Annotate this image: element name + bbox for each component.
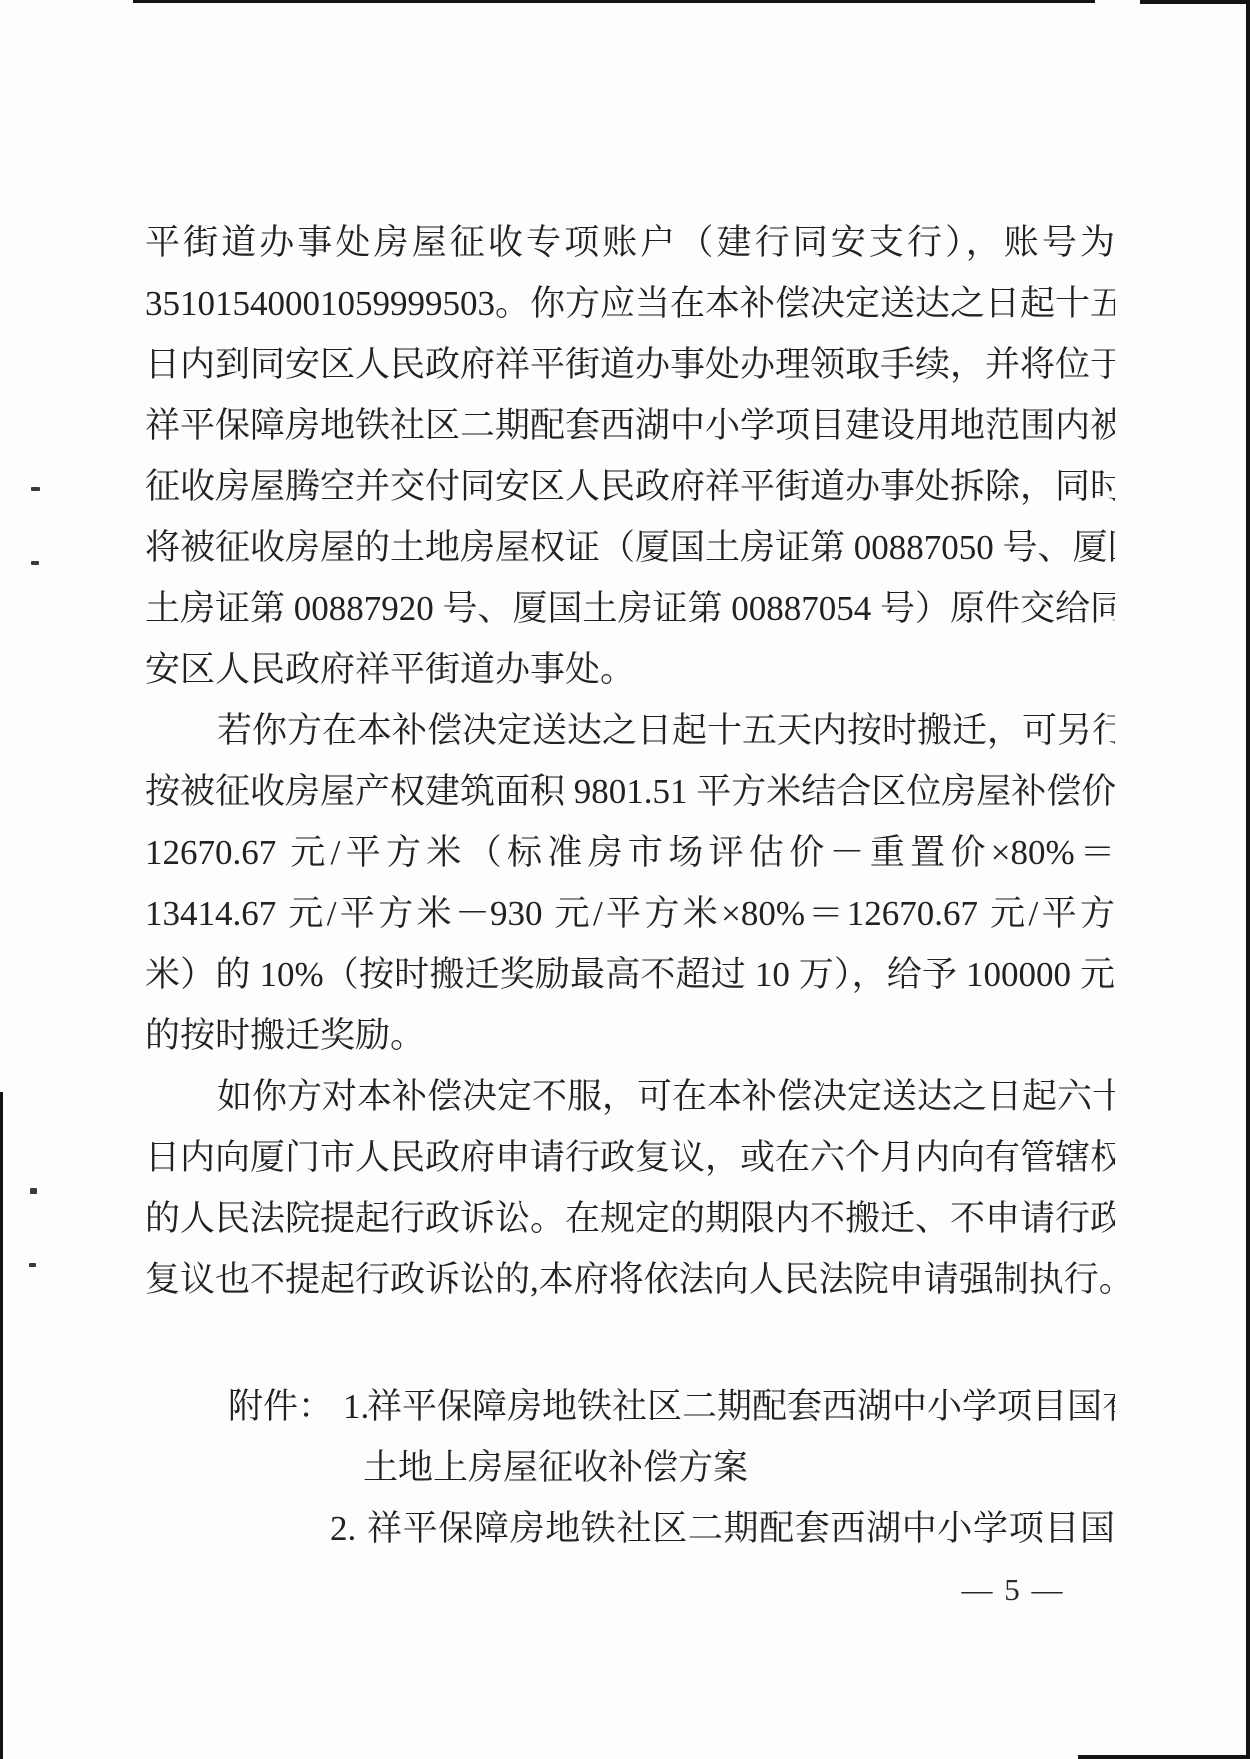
body-line: 的按时搬迁奖励。 (145, 1005, 1115, 1066)
body-line: 平街道办事处房屋征收专项账户（建行同安支行），账号为 (145, 212, 1115, 273)
scan-edge-top-right-segment (1140, 0, 1250, 4)
document-body: 平街道办事处房屋征收专项账户（建行同安支行），账号为 3510154000105… (145, 212, 1115, 1310)
attachment-section: 附件： 1. 祥平保障房地铁社区二期配套西湖中小学项目国有 土地上房屋征收补偿方… (145, 1376, 1115, 1559)
body-line: 12670.67 元/平方米（标准房市场评估价－重置价×80%＝ (145, 822, 1115, 883)
scan-speck (31, 561, 39, 565)
scan-speck (29, 1263, 36, 1267)
page-number: — 5 — (948, 1568, 1078, 1612)
body-line: 若你方在本补偿决定送达之日起十五天内按时搬迁，可另行 (145, 700, 1115, 761)
body-line: 征收房屋腾空并交付同安区人民政府祥平街道办事处拆除，同时 (145, 456, 1115, 517)
scan-edge-left (0, 1092, 3, 1759)
scan-speck (31, 487, 40, 491)
scan-edge-right (1246, 0, 1250, 1759)
attachment-item-1-number: 1. (343, 1376, 369, 1437)
scan-edge-bottom (1078, 1755, 1250, 1759)
body-line: 祥平保障房地铁社区二期配套西湖中小学项目建设用地范围内被 (145, 395, 1115, 456)
scanned-document-page: 平街道办事处房屋征收专项账户（建行同安支行），账号为 3510154000105… (0, 0, 1250, 1759)
attachment-label: 附件： (228, 1376, 333, 1437)
attachment-item-2-text: 祥平保障房地铁社区二期配套西湖中小学项目国 (367, 1498, 1115, 1559)
paragraph-1: 平街道办事处房屋征收专项账户（建行同安支行），账号为 3510154000105… (145, 212, 1115, 700)
attachment-item-1-text: 祥平保障房地铁社区二期配套西湖中小学项目国有 (367, 1376, 1115, 1437)
body-line: 米）的 10%（按时搬迁奖励最高不超过 10 万），给予 100000 元 (145, 944, 1115, 1005)
body-line: 复议也不提起行政诉讼的,本府将依法向人民法院申请强制执行。 (145, 1249, 1115, 1310)
scan-speck (30, 1188, 37, 1194)
body-line: 将被征收房屋的土地房屋权证（厦国土房证第 00887050 号、厦国 (145, 517, 1115, 578)
paragraph-2: 若你方在本补偿决定送达之日起十五天内按时搬迁，可另行 按被征收房屋产权建筑面积 … (145, 700, 1115, 1066)
body-line: 13414.67 元/平方米－930 元/平方米×80%＝12670.67 元/… (145, 883, 1115, 944)
body-line: 如你方对本补偿决定不服，可在本补偿决定送达之日起六十 (145, 1066, 1115, 1127)
body-line: 日内向厦门市人民政府申请行政复议，或在六个月内向有管辖权 (145, 1127, 1115, 1188)
attachment-item-1-continuation: 土地上房屋征收补偿方案 (363, 1437, 748, 1498)
attachment-item-2-number: 2. (330, 1498, 356, 1559)
attachment-item-1-line-2: 土地上房屋征收补偿方案 (145, 1437, 1115, 1498)
body-line: 按被征收房屋产权建筑面积 9801.51 平方米结合区位房屋补偿价 (145, 761, 1115, 822)
body-line: 的人民法院提起行政诉讼。在规定的期限内不搬迁、不申请行政 (145, 1188, 1115, 1249)
body-line: 土房证第 00887920 号、厦国土房证第 00887054 号）原件交给同 (145, 578, 1115, 639)
attachment-item-1-line-1: 附件： 1. 祥平保障房地铁社区二期配套西湖中小学项目国有 (145, 1376, 1115, 1437)
paragraph-3: 如你方对本补偿决定不服，可在本补偿决定送达之日起六十 日内向厦门市人民政府申请行… (145, 1066, 1115, 1310)
attachment-item-2-line-1: 2. 祥平保障房地铁社区二期配套西湖中小学项目国 (145, 1498, 1115, 1559)
scan-edge-top-left-segment (133, 0, 1095, 3)
body-line: 安区人民政府祥平街道办事处。 (145, 639, 1115, 700)
body-line: 35101540001059999503。你方应当在本补偿决定送达之日起十五 (145, 273, 1115, 334)
body-line: 日内到同安区人民政府祥平街道办事处办理领取手续，并将位于 (145, 334, 1115, 395)
